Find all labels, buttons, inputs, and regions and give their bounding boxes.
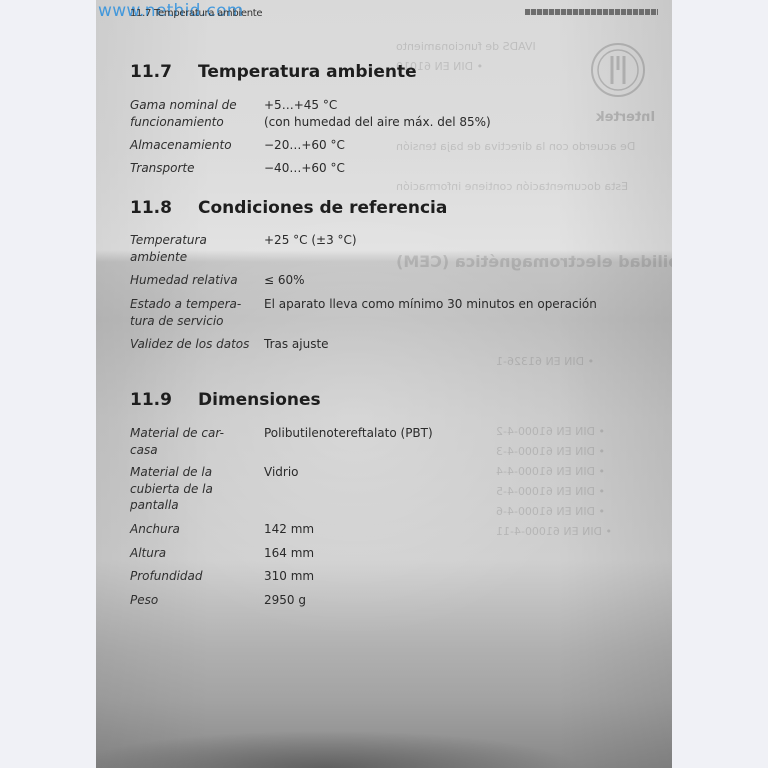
spec-value: Vidrio xyxy=(264,464,299,481)
section-number: 11.9 xyxy=(130,390,198,410)
section-heading: Dimensiones xyxy=(198,390,321,410)
section-number: 11.7 xyxy=(130,62,198,82)
spec-value-note: (con humedad del aire máx. del 85%) xyxy=(264,114,491,131)
section-title-11-8: 11.8Condiciones de referencia xyxy=(130,198,447,218)
spec-value: 142 mm xyxy=(264,521,314,538)
spec-value: +25 °C (±3 °C) xyxy=(264,232,357,249)
spec-label: Profundidad xyxy=(130,568,250,585)
spec-value: +5…+45 °C xyxy=(264,97,337,114)
spec-label: Altura xyxy=(130,545,250,562)
section-title-11-7: 11.7Temperatura ambiente xyxy=(130,62,417,82)
spec-value: 164 mm xyxy=(264,545,314,562)
spec-value: −40…+60 °C xyxy=(264,160,345,177)
spec-label: Peso xyxy=(130,592,250,609)
running-header: 11.7 Temperatura ambiente xyxy=(130,8,262,19)
bleed-through-text: • DIN EN 61000-4-3 xyxy=(496,445,605,458)
spec-value: −20…+60 °C xyxy=(264,137,345,154)
spec-label: Material de la cubierta de la pantalla xyxy=(130,464,250,514)
section-heading: Condiciones de referencia xyxy=(198,198,447,218)
spec-label: Gama nominal de funcionamiento xyxy=(130,97,250,130)
bleed-through-text: Esta documentación contiene información xyxy=(396,180,628,193)
bleed-through-heading: 11.6 Compatibilidad electromagnética (CE… xyxy=(396,252,672,271)
spec-value: 2950 g xyxy=(264,592,306,609)
header-dash-bar xyxy=(525,9,658,15)
section-title-11-9: 11.9Dimensiones xyxy=(130,390,321,410)
spec-label: Almacenamiento xyxy=(130,137,250,154)
bleed-through-text: • DIN EN 61000-4-5 xyxy=(496,485,605,498)
bleed-through-text: • DIN EN 61000-4-6 xyxy=(496,505,605,518)
bleed-through-text: • DIN EN 61000-4-4 xyxy=(496,465,605,478)
spec-label: Validez de los datos xyxy=(130,336,250,353)
spec-label: Transporte xyxy=(130,160,250,177)
bleed-through-text: • DIN EN 61000-4-11 xyxy=(496,525,612,538)
etl-intertek-logo-icon xyxy=(588,40,648,100)
spec-label: Material de car-casa xyxy=(130,425,250,458)
spec-label: Temperatura ambiente xyxy=(130,232,250,265)
spec-value: Polibutilenotereftalato (PBT) xyxy=(264,425,433,442)
spec-label: Estado a tempera-tura de servicio xyxy=(130,296,250,329)
spec-value: Tras ajuste xyxy=(264,336,329,353)
spec-value: ≤ 60% xyxy=(264,272,305,289)
bleed-through-text: IVADS de funcionamiento xyxy=(396,40,536,53)
spec-value: 310 mm xyxy=(264,568,314,585)
bleed-through-text: De acuerdo con la directiva de baja tens… xyxy=(396,140,635,153)
bleed-through-text: • DIN EN 61326-1 xyxy=(496,355,594,368)
spec-value: El aparato lleva como mínimo 30 minutos … xyxy=(264,296,597,313)
logo-text: Intertek xyxy=(596,110,655,125)
hand-shadow xyxy=(96,690,672,768)
spec-label: Humedad relativa xyxy=(130,272,250,289)
section-heading: Temperatura ambiente xyxy=(198,62,417,82)
spec-label: Anchura xyxy=(130,521,250,538)
section-number: 11.8 xyxy=(130,198,198,218)
bleed-through-text: • DIN EN 61000-4-2 xyxy=(496,425,605,438)
